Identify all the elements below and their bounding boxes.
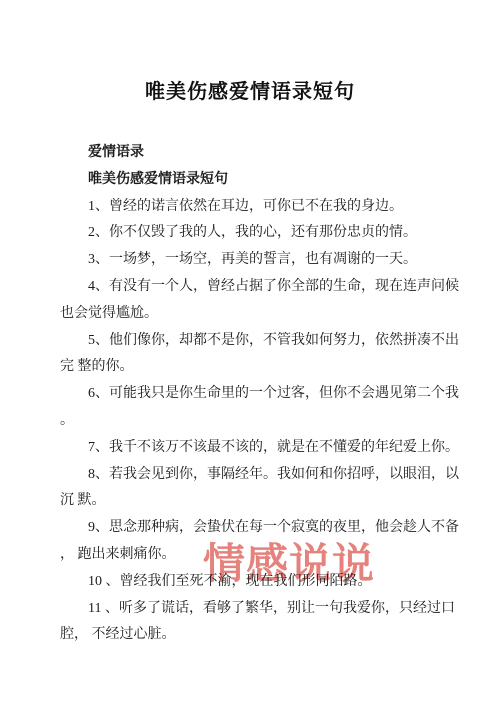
page-title: 唯美伤感爱情语录短句 bbox=[0, 0, 500, 104]
document-page: 情感说说 唯美伤感爱情语录短句 爱情语录 唯美伤感爱情语录短句 1、曾经的诺言依… bbox=[0, 0, 500, 708]
quote-paragraph-4: 4、有没有一个人，曾经占据了你全部的生命，现在连声问候 也会觉得尴尬。 bbox=[60, 274, 444, 328]
document-body: 爱情语录 唯美伤感爱情语录短句 1、曾经的诺言依然在耳边，可你已不在我的身边。 … bbox=[60, 140, 444, 649]
quote-paragraph-9: 9、思念那种病，会蛰伏在每一个寂寞的夜里，他会趁人不备 ， 跑出来刺痛你。 bbox=[60, 515, 444, 569]
quote-paragraph-7: 7、我千不该万不该最不该的，就是在不懂爱的年纪爱上你。 bbox=[60, 435, 444, 462]
quote-paragraph-6: 6、可能我只是你生命里的一个过客，但你不会遇见第二个我 。 bbox=[60, 381, 444, 435]
quote-paragraph-10: 10 、曾经我们至死不渝，现在我们形同陌路。 bbox=[60, 569, 444, 596]
quote-paragraph-11: 11 、听多了谎话，看够了繁华，别让一句我爱你，只经过口 腔， 不经过心脏。 bbox=[60, 596, 444, 650]
quote-paragraph-1: 1、曾经的诺言依然在耳边，可你已不在我的身边。 bbox=[60, 194, 444, 221]
quote-paragraph-5: 5、他们像你，却都不是你，不管我如何努力，依然拼凑不出 完 整的你。 bbox=[60, 328, 444, 382]
quote-paragraph-8: 8、若我会见到你，事隔经年。我如何和你招呼，以眼泪，以 沉 默。 bbox=[60, 462, 444, 516]
doc-heading-category: 爱情语录 bbox=[60, 140, 444, 167]
doc-heading-subtitle: 唯美伤感爱情语录短句 bbox=[60, 167, 444, 194]
quote-paragraph-3: 3、一场梦，一场空，再美的誓言，也有凋谢的一天。 bbox=[60, 247, 444, 274]
quote-paragraph-2: 2、你不仅毁了我的人，我的心，还有那份忠贞的情。 bbox=[60, 220, 444, 247]
